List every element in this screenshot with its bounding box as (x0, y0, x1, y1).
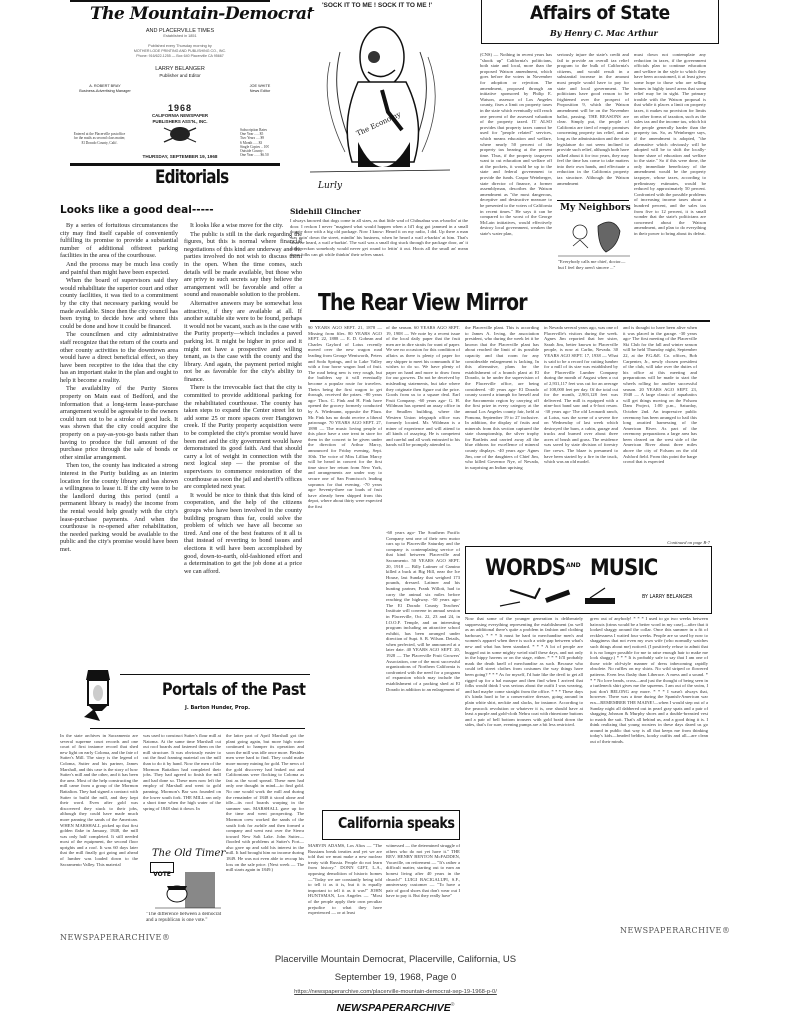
words-and-music-byline: BY LARRY BELANGER (642, 595, 692, 600)
affairs-column-2: seriously injure the state's credit and … (557, 52, 629, 194)
rear-view-column-2: of the season. 60 YEARS AGO SEPT. 19, 19… (386, 325, 460, 525)
cartoon-illustration: The Economy Lurly (310, 12, 450, 192)
words-and-music-title-2: MUSIC (590, 556, 657, 581)
editorial-paragraph: Then too, the county has indicated a str… (60, 462, 178, 553)
manager-title: Business-Advertising Manager (60, 89, 150, 93)
rear-view-continued: Continued on page B-7 (650, 540, 710, 546)
california-speaks-column-1: MARVIN ADAMS, Los Altos — "The Russians … (308, 843, 382, 943)
editorial-column-1: By a series of fortuitous circumstances … (60, 222, 178, 650)
newspaperarchive-watermark-right: NEWSPAPERARCHIVE® (620, 926, 730, 935)
news-editor-title: News Editor (235, 89, 285, 93)
words-and-music-column-1: Now that some of the younger generation … (465, 616, 583, 886)
words-and-music-title-and: AND (566, 562, 581, 569)
award-emblem-icon (160, 124, 200, 144)
economy-figure-icon: The Economy Lurly (310, 12, 450, 192)
issue-date: THURSDAY, SEPTEMBER 19, 1968 (130, 154, 230, 159)
sidehill-headline: Sidehill Clincher (290, 207, 361, 216)
words-and-music-title-1: WORDS (485, 556, 565, 581)
old-timer-title: The Old Timer (152, 848, 225, 859)
footer-publication: Placerville Mountain Democrat, Placervil… (0, 954, 791, 965)
california-speaks-title: California speaks (338, 814, 455, 832)
horn-and-record-player-icon (490, 580, 630, 610)
masthead-published-1: Published every Thursday morning by (90, 44, 270, 48)
manager-name: A. ROBERT BRAY (60, 84, 150, 88)
registered-mark-icon: ® (451, 1002, 455, 1008)
editorial-paragraph: And the process may be much less costly … (60, 261, 178, 276)
editorial-paragraph: Alternative answers may be somewhat less… (184, 300, 302, 384)
publisher-title: Publisher and Editor (130, 73, 230, 78)
my-neighbors-cartoon-icon (558, 216, 630, 258)
affairs-title: Affairs of State (530, 2, 670, 24)
rear-view-column-mid: -60 years ago- The Southern Pacific Comp… (386, 530, 460, 790)
award-year: 1968 (155, 103, 205, 113)
masthead-published-2: MOTHER LODE PRINTING AND PUBLISHING CO.,… (90, 49, 270, 53)
editorial-column-2: It looks like a wise move for the city. … (184, 222, 302, 650)
portals-column-3: the latter part of April Marshall got th… (226, 733, 304, 933)
editorial-paragraph: There is the irrevocable fact that the c… (184, 384, 302, 490)
news-editor-name: JOE WHITE (235, 84, 285, 88)
portals-title: Portals of the Past (162, 680, 306, 700)
entered-notice: Entered at the Placerville postoffice fo… (72, 132, 127, 156)
editorial-paragraph: The councilmen and city administrative s… (60, 331, 178, 384)
newspaper-page: The Mountain-Democrat AND PLACERVILLE TI… (60, 0, 791, 945)
portals-top-rule (120, 674, 310, 675)
rear-view-column-5: and is thought to have been alive when i… (623, 325, 697, 535)
rear-view-mirror-title: The Rear View Mirror (318, 290, 527, 316)
california-speaks-column-2: witnessed — the determined struggle of o… (386, 843, 460, 943)
footer-url-link[interactable]: https://newspaperarchive.com/placerville… (0, 989, 791, 995)
my-neighbors-caption: "Everybody calls me chief, doctor—but I … (558, 259, 630, 281)
my-neighbors-rule (557, 200, 629, 201)
editorial-paragraph: By a series of fortuitous circumstances … (60, 222, 178, 260)
portals-column-1: In the state archives in Sacramento are … (60, 733, 138, 943)
svg-text:Lurly: Lurly (317, 181, 343, 191)
affairs-byline: By Henry C. Mac Arthur (550, 28, 658, 38)
masthead-top-rule (70, 0, 270, 2)
cartoon-caption: 'SOCK IT TO ME ! SOCK IT TO ME !' (292, 2, 462, 9)
editorials-section-title: Editorials (155, 166, 228, 188)
lantern-icon (80, 665, 116, 725)
footer-brand-text: NEWSPAPERARCHIVE (337, 1002, 451, 1014)
footer-brand-logo: NEWSPAPERARCHIVE® (0, 1002, 791, 1014)
affairs-column-1: (CNS) — Nothing in recent years has "sho… (480, 52, 552, 284)
masthead-established: Established in 1851 (120, 34, 240, 38)
editorial-headline: Looks like a good deal----- (60, 204, 214, 216)
editorial-paragraph: When the board of supervisors said they … (60, 277, 178, 330)
portals-column-2: was used to construct Sutter's flour mil… (143, 733, 221, 841)
publisher-name: LARRY BELANGER (130, 66, 230, 72)
editorial-paragraph: The public is still in the dark regardin… (184, 231, 302, 299)
sidehill-body: I always knowed that dogs come in all si… (290, 218, 468, 284)
editorial-paragraph: It would be nice to think that this kind… (184, 492, 302, 576)
rear-view-column-left: 90 YEARS AGO SEPT. 21, 1878 — Missing fr… (308, 325, 382, 645)
old-timer-caption: "The difference between a democrat and a… (146, 912, 224, 930)
rear-view-column-4: in Nevada several years ago, was one of … (544, 325, 618, 540)
rear-view-mirror-rule (310, 320, 710, 322)
subscription-row: One Year ...... $6.50 (240, 153, 290, 157)
footer-date-page: September 19, 1968, Page 0 (0, 972, 791, 983)
subscription-rates: Subscription Rates One Year ..... $5 Two… (240, 128, 290, 157)
editorial-paragraph: It looks like a wise move for the city. (184, 222, 302, 230)
editorial-paragraph: The availability of the Purity Stores pr… (60, 385, 178, 461)
words-and-music-column-2: grew out of anybody! * * * I used to go … (590, 616, 708, 908)
portals-bottom-rule (90, 728, 305, 729)
newspaperarchive-watermark-left: NEWSPAPERARCHIVE® (60, 933, 170, 942)
award-line-1: CALIFORNIA NEWSPAPER (140, 113, 220, 118)
rear-view-column-3: the Placerville plant. This is according… (465, 325, 539, 540)
old-timer-cartoon-icon (155, 872, 221, 910)
masthead-published-3: Phone: 916/622-1255 — Box 640 Placervill… (90, 54, 270, 58)
my-neighbors-title: My Neighbors (560, 203, 631, 213)
portals-byline: J. Barton Hunder, Prop. (185, 705, 250, 711)
masthead-title: The Mountain-Democrat (90, 4, 270, 24)
affairs-column-3: must down not contemplate any reduction … (634, 52, 706, 287)
